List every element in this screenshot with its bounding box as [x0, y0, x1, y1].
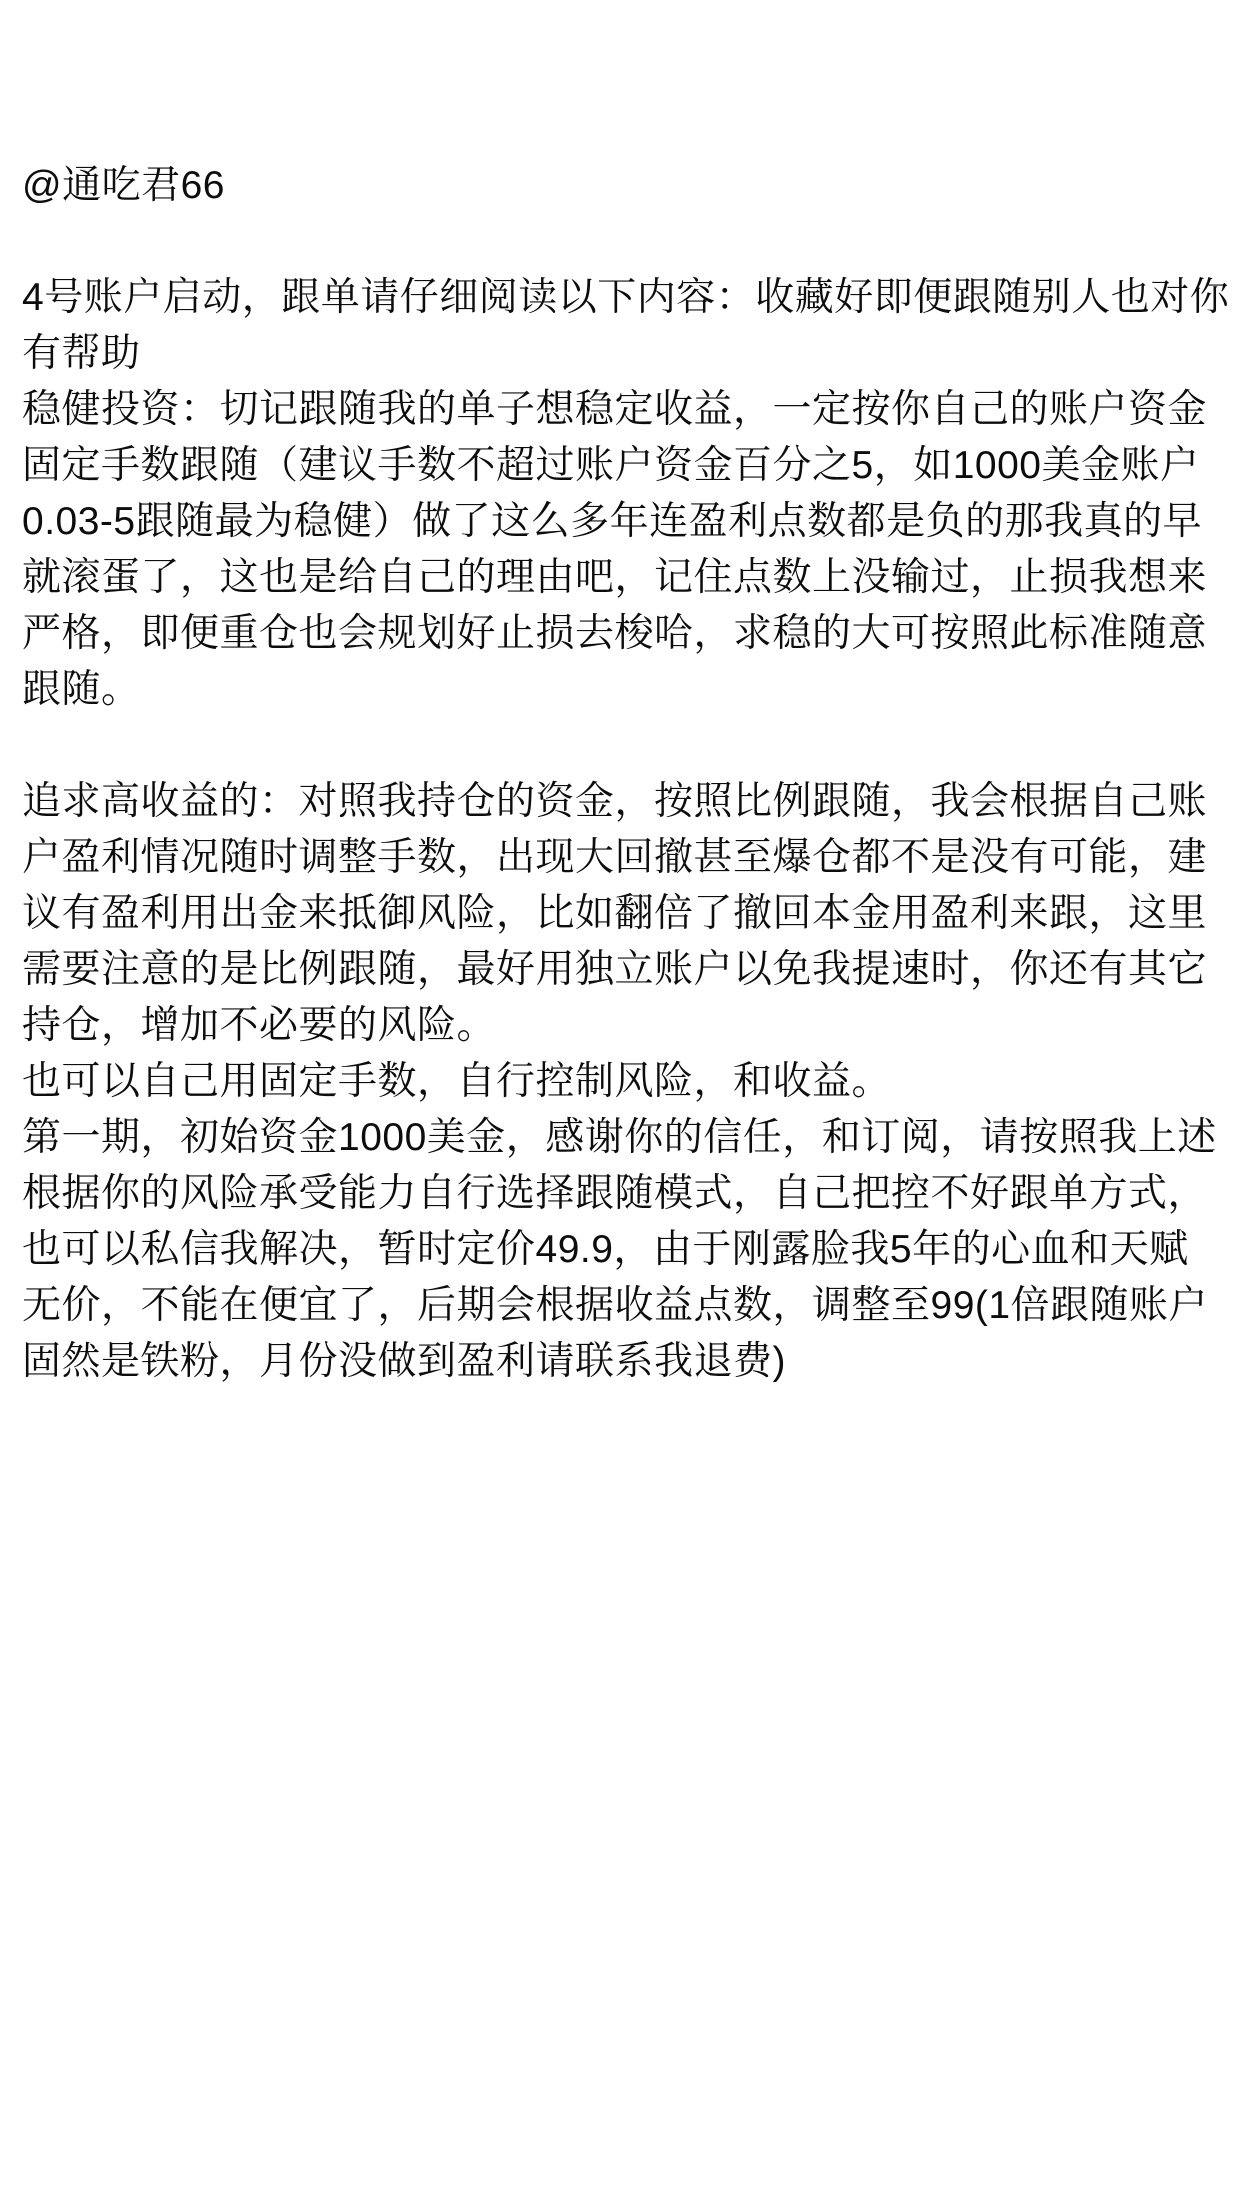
text-line: 0.03-5跟随最为稳健）做了这么多年连盈利点数都是负的那我真的早 [22, 494, 1224, 550]
paragraph-fixed-lots-note: 也可以自己用固定手数，自行控制风险，和收益。 [22, 1054, 1224, 1110]
text-line: 跟随。 [22, 662, 1224, 718]
paragraph-steady-investing: 稳健投资：切记跟随我的单子想稳定收益，一定按你自己的账户资金 固定手数跟随（建议… [22, 382, 1224, 718]
text-line: 就滚蛋了，这也是给自己的理由吧，记住点数上没输过，止损我想来 [22, 550, 1224, 606]
paragraph-high-return: 追求高收益的：对照我持仓的资金，按照比例跟随，我会根据自己账 户盈利情况随时调整… [22, 774, 1224, 1054]
text-line: 需要注意的是比例跟随，最好用独立账户以免我提速时，你还有其它 [22, 942, 1224, 998]
author-handle: @通吃君66 [22, 158, 1224, 214]
text-line: 持仓，增加不必要的风险。 [22, 998, 1224, 1054]
text-line: 根据你的风险承受能力自行选择跟随模式，自己把控不好跟单方式， [22, 1166, 1224, 1222]
text-line: 也可以私信我解决，暂时定价49.9，由于刚露脸我5年的心血和天赋 [22, 1222, 1224, 1278]
text-line: 也可以自己用固定手数，自行控制风险，和收益。 [22, 1054, 1224, 1110]
text-line: 有帮助 [22, 326, 1224, 382]
text-line: 追求高收益的：对照我持仓的资金，按照比例跟随，我会根据自己账 [22, 774, 1224, 830]
text-line: 议有盈利用出金来抵御风险，比如翻倍了撤回本金用盈利来跟，这里 [22, 886, 1224, 942]
text-line: 固然是铁粉，月份没做到盈利请联系我退费) [22, 1334, 1224, 1390]
text-line: 4号账户启动，跟单请仔细阅读以下内容：收藏好即便跟随别人也对你 [22, 270, 1224, 326]
text-line: 第一期，初始资金1000美金，感谢你的信任，和订阅，请按照我上述 [22, 1110, 1224, 1166]
text-line: 严格，即便重仓也会规划好止损去梭哈，求稳的大可按照此标准随意 [22, 606, 1224, 662]
text-line: 户盈利情况随时调整手数，出现大回撤甚至爆仓都不是没有可能，建 [22, 830, 1224, 886]
text-line: 固定手数跟随（建议手数不超过账户资金百分之5，如1000美金账户 [22, 438, 1224, 494]
text-line: 无价，不能在便宜了，后期会根据收益点数，调整至99(1倍跟随账户 [22, 1278, 1224, 1334]
post-body: @通吃君66 4号账户启动，跟单请仔细阅读以下内容：收藏好即便跟随别人也对你 有… [0, 0, 1242, 1390]
paragraph-first-issue-pricing: 第一期，初始资金1000美金，感谢你的信任，和订阅，请按照我上述 根据你的风险承… [22, 1110, 1224, 1390]
text-line: 稳健投资：切记跟随我的单子想稳定收益，一定按你自己的账户资金 [22, 382, 1224, 438]
screenshot-page: @通吃君66 4号账户启动，跟单请仔细阅读以下内容：收藏好即便跟随别人也对你 有… [0, 0, 1242, 2208]
paragraph-intro: 4号账户启动，跟单请仔细阅读以下内容：收藏好即便跟随别人也对你 有帮助 [22, 270, 1224, 382]
